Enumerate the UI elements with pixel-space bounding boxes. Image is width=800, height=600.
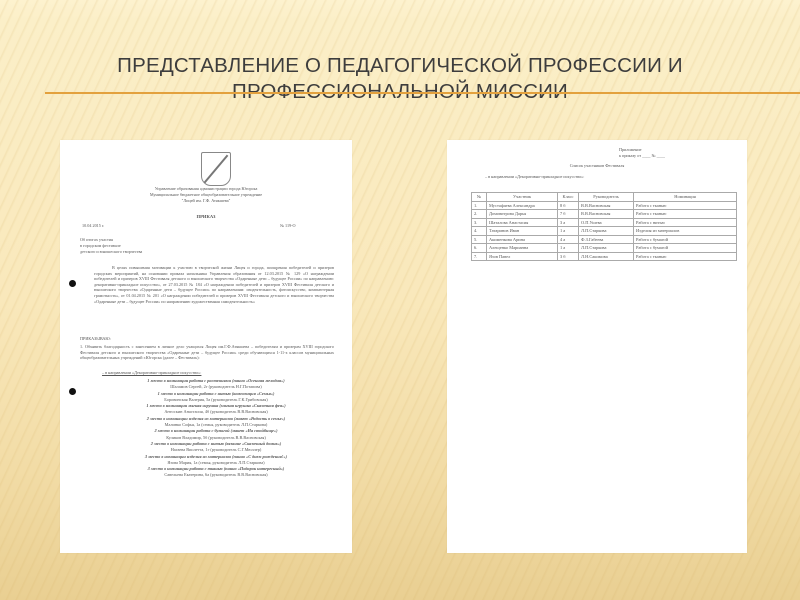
table-row: 3.Шаталова Анастасия3 аО.П.УшеваРабота с… bbox=[472, 218, 737, 227]
list-title: Список участников Фестиваля bbox=[447, 163, 747, 169]
title-line-1: Представление о педагогической профессии… bbox=[60, 53, 740, 79]
award-item: 2 место в номинации работа с бумагой (ма… bbox=[100, 428, 332, 441]
table-row: 7.Язов Павел3 бЛ.Н.СакимоваРабота с ткан… bbox=[472, 252, 737, 261]
doc-type: ПРИКАЗ bbox=[60, 214, 352, 220]
bullet-dot-icon bbox=[69, 388, 76, 395]
order-document-image: Управление образования администрации гор… bbox=[60, 140, 352, 553]
order-item-1: 1. Объявить благодарность с занесением в… bbox=[80, 344, 334, 361]
subject-line-2: в городском фестивале bbox=[80, 243, 121, 249]
award-list: 1 место в номинации работа с растениями … bbox=[100, 378, 332, 479]
org-line-3: "Лицей им. Г.Ф. Атякшева" bbox=[60, 198, 352, 204]
org-line-2: Муниципальное бюджетное общеобразователь… bbox=[60, 192, 352, 198]
org-line-1: Управление образования администрации гор… bbox=[60, 186, 352, 192]
appendix-document-image: Приложение к приказу от ____ № ____ Спис… bbox=[447, 140, 747, 553]
award-item: 2 место в номинации изделия из материало… bbox=[100, 416, 332, 429]
order-date: 10.04 2015 г. bbox=[82, 223, 104, 229]
table-row: 4.Татаринов Иван1 аЛ.П.СтарковаИзделия и… bbox=[472, 227, 737, 236]
title-underline-rule bbox=[45, 92, 800, 94]
award-item: 1 место в номинации работа с нитью (комп… bbox=[100, 391, 332, 404]
award-item: 1 место в номинации мягкая игрушка (мягк… bbox=[100, 403, 332, 416]
subject-line-1: Об итогах участия bbox=[80, 237, 113, 243]
table-row: 2.Домовитрова Дарья7 бВ.В.ВасновскаяРабо… bbox=[472, 210, 737, 219]
table-row: 1.Мустафаева Александра8 бВ.В.Васновская… bbox=[472, 201, 737, 210]
appendix-line-1: Приложение bbox=[619, 147, 641, 153]
award-item: 1 место в номинации работа с растениями … bbox=[100, 378, 332, 391]
award-item: 3 место в номинации изделия из материало… bbox=[100, 454, 332, 467]
award-item: 2 место в номинации работа с нитью (вяза… bbox=[100, 441, 332, 454]
table-row: 5.Акименкова Арина4 аФ.З.ГабееваРабота с… bbox=[472, 235, 737, 244]
order-preamble: В целях повышения мотивации к участию в … bbox=[94, 265, 334, 304]
crest-emblem-icon bbox=[201, 152, 231, 186]
direction-heading: – в направлении «Декоративно-прикладное … bbox=[102, 370, 201, 376]
table-header-row: № Участник Класс Руководитель Номинация bbox=[472, 193, 737, 202]
slide-title: Представление о педагогической профессии… bbox=[60, 53, 740, 105]
list-direction: – в направлении «Декоративно-прикладное … bbox=[485, 174, 584, 180]
subject-line-3: детского и юношеского творчества bbox=[80, 249, 142, 255]
order-number: № 119-О bbox=[280, 223, 296, 229]
order-word: ПРИКАЗЫВАЮ: bbox=[80, 336, 111, 342]
award-item: 3 место в номинации работа с тканью (пан… bbox=[100, 466, 332, 479]
table-row: 6.Алещенко Марианна1 аЛ.П.СтарковаРабота… bbox=[472, 244, 737, 253]
participants-table: № Участник Класс Руководитель Номинация … bbox=[471, 192, 737, 261]
bullet-dot-icon bbox=[69, 280, 76, 287]
appendix-line-2: к приказу от ____ № ____ bbox=[619, 153, 665, 159]
